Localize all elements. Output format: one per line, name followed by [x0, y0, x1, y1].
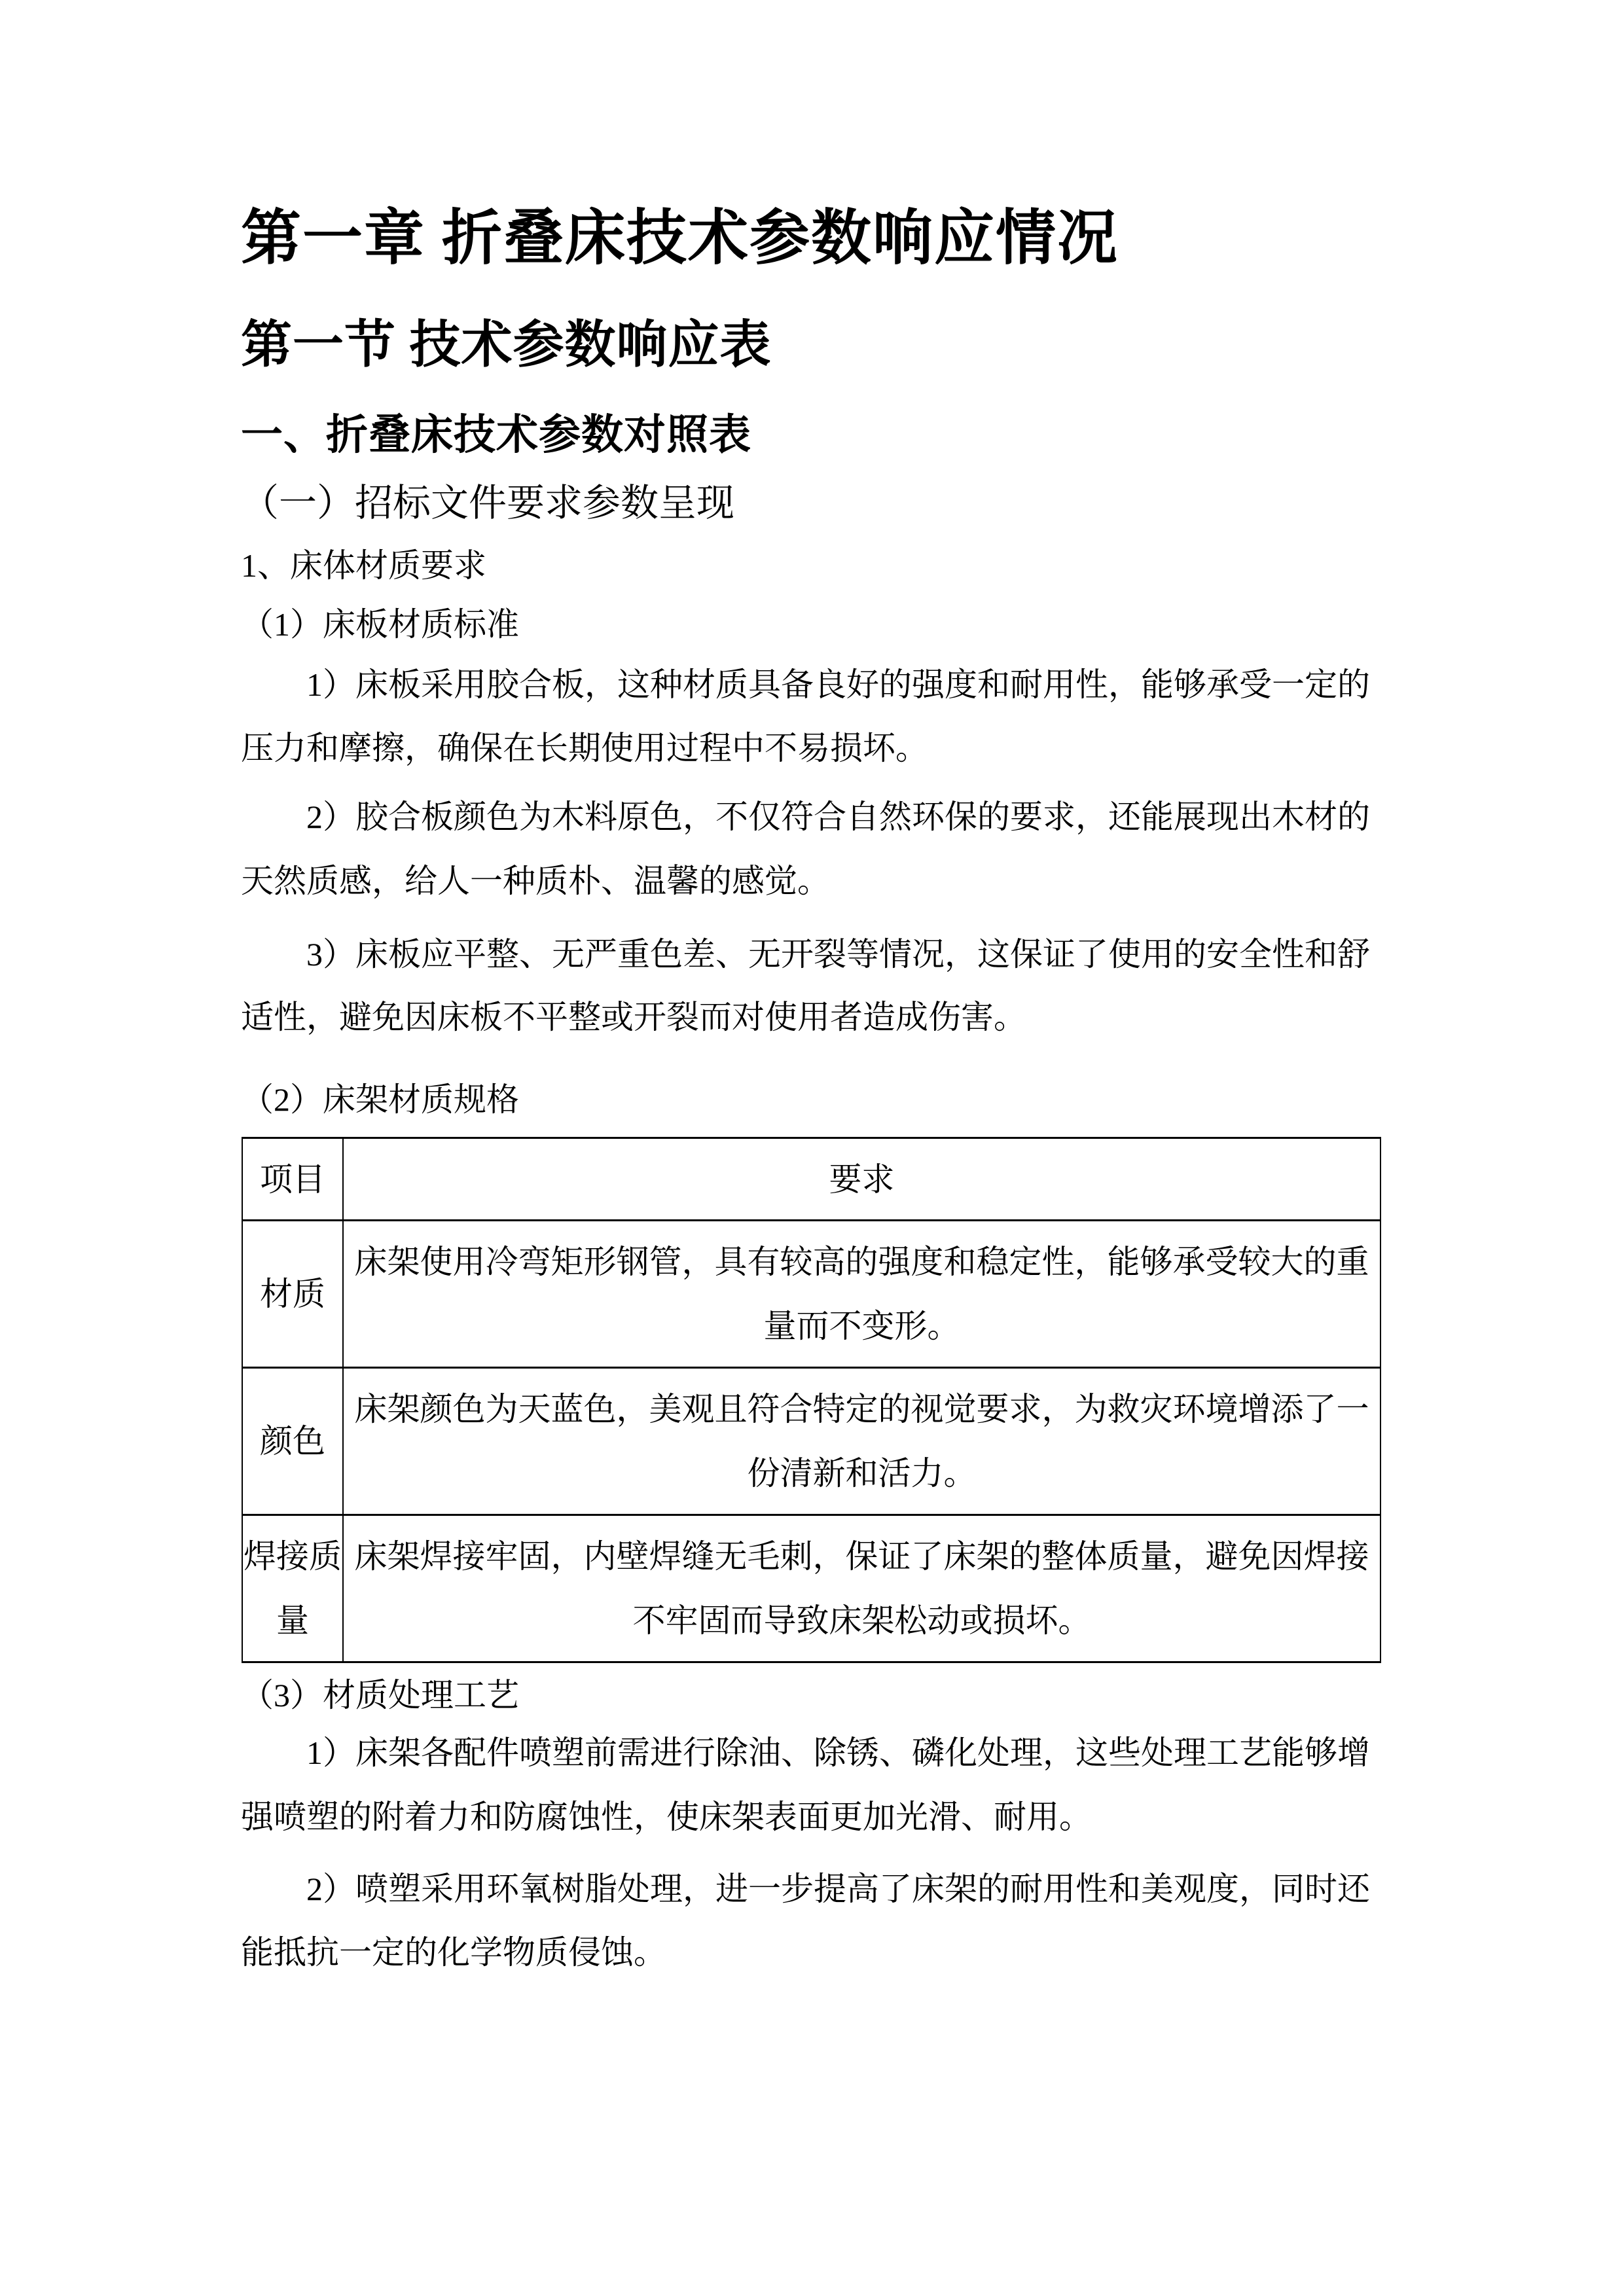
spec-table-header: 项目 要求 — [242, 1138, 1380, 1221]
paragraph-line: 3）床板应平整、无严重色差、无开裂等情况，这保证了使用的安全性和舒 — [241, 936, 1449, 974]
table-cell-requirement: 床架使用冷弯矩形钢管，具有较高的强度和稳定性，能够承受较大的重量而不变形。 — [343, 1221, 1380, 1368]
paragraph-line: 2）胶合板颜色为木料原色，不仅符合自然环保的要求，还能展现出木材的 — [241, 798, 1449, 836]
paragraph-line: 压力和摩擦，确保在长期使用过程中不易损坏。 — [241, 730, 1383, 768]
chapter-heading: 第一章 折叠床技术参数响应情况 — [241, 204, 1383, 274]
table-cell-item: 颜色 — [242, 1368, 343, 1515]
table-row: 颜色 床架颜色为天蓝色，美观且符合特定的视觉要求，为救灾环境增添了一份清新和活力… — [242, 1368, 1380, 1515]
table-cell-requirement: 床架焊接牢固，内壁焊缝无毛刺，保证了床架的整体质量，避免因焊接不牢固而导致床架松… — [343, 1515, 1380, 1662]
paragraph-line: 能抵抗一定的化学物质侵蚀。 — [241, 1934, 1383, 1972]
document-page: 第一章 折叠床技术参数响应情况 第一节 技术参数响应表 一、折叠床技术参数对照表… — [0, 0, 1624, 2296]
paragraph-line: 强喷塑的附着力和防腐蚀性，使床架表面更加光滑、耐用。 — [241, 1799, 1383, 1837]
paragraph-line: 1）床架各配件喷塑前需进行除油、除锈、磷化处理，这些处理工艺能够增 — [241, 1734, 1449, 1772]
point2-title: （2）床架材质规格 — [241, 1081, 1383, 1119]
spec-table: 项目 要求 材质 床架使用冷弯矩形钢管，具有较高的强度和稳定性，能够承受较大的重… — [242, 1137, 1381, 1663]
point1-title: （1）床板材质标准 — [241, 606, 1383, 644]
section-heading: 第一节 技术参数响应表 — [241, 315, 1383, 374]
point3-title: （3）材质处理工艺 — [241, 1677, 1383, 1715]
table-row: 焊接质量 床架焊接牢固，内壁焊缝无毛刺，保证了床架的整体质量，避免因焊接不牢固而… — [242, 1515, 1380, 1662]
paragraph-line: 2）喷塑采用环氧树脂处理，进一步提高了床架的耐用性和美观度，同时还 — [241, 1871, 1449, 1909]
paragraph-line: 适性，避免因床板不平整或开裂而对使用者造成伤害。 — [241, 999, 1383, 1037]
table-header-requirement: 要求 — [343, 1138, 1380, 1221]
table-cell-item: 焊接质量 — [242, 1515, 343, 1662]
item-title: 1、床体材质要求 — [241, 547, 1383, 585]
table-header-item: 项目 — [242, 1138, 343, 1221]
subsection-heading: 一、折叠床技术参数对照表 — [241, 411, 1383, 459]
paragraph-line: 1）床板采用胶合板，这种材质具备良好的强度和耐用性，能够承受一定的 — [241, 666, 1449, 704]
paragraph-line: 天然质感，给人一种质朴、温馨的感觉。 — [241, 863, 1383, 901]
table-cell-requirement: 床架颜色为天蓝色，美观且符合特定的视觉要求，为救灾环境增添了一份清新和活力。 — [343, 1368, 1380, 1515]
table-header-row: 项目 要求 — [242, 1138, 1380, 1221]
spec-table-body: 材质 床架使用冷弯矩形钢管，具有较高的强度和稳定性，能够承受较大的重量而不变形。… — [242, 1221, 1380, 1662]
table-row: 材质 床架使用冷弯矩形钢管，具有较高的强度和稳定性，能够承受较大的重量而不变形。 — [242, 1221, 1380, 1368]
sub-subsection-heading: （一）招标文件要求参数呈现 — [241, 482, 1383, 526]
table-cell-item: 材质 — [242, 1221, 343, 1368]
